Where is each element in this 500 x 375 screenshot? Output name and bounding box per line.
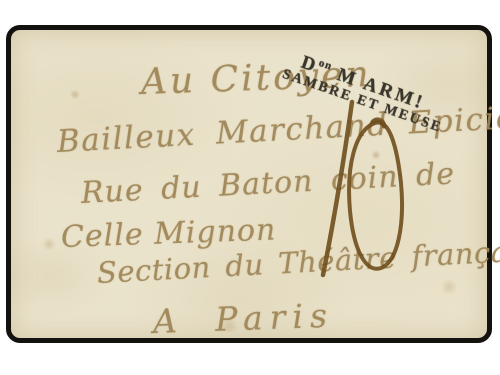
- address-line-street: Rue du Baton coin de: [80, 156, 456, 211]
- address-line-city: A Paris: [152, 296, 334, 341]
- paper-stain: [439, 280, 459, 294]
- paper-stain: [41, 238, 57, 250]
- photo-background: { "image": { "description": "Front of an…: [0, 0, 500, 375]
- paper-stain: [69, 90, 81, 99]
- paper-stain: [371, 150, 381, 160]
- letter-cover: Au Citoyen Bailleux Marchand Epicier Rue…: [6, 25, 492, 343]
